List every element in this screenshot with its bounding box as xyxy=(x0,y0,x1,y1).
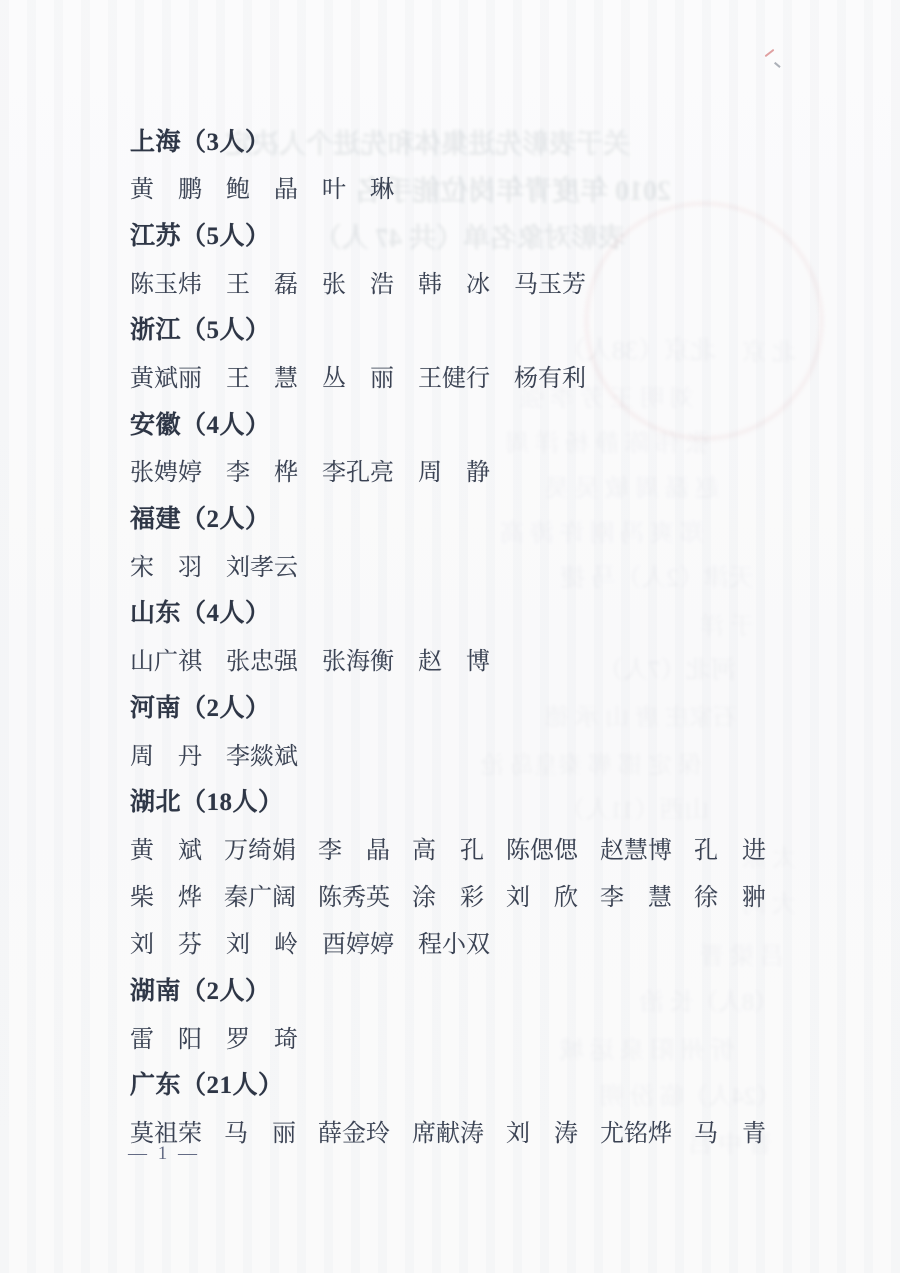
person-name: 席献涛 xyxy=(412,1113,484,1148)
person-name: 秦广阔 xyxy=(224,877,296,912)
person-name: 刘孝云 xyxy=(226,547,298,582)
names-row: 周丹李燚斌 xyxy=(130,729,790,776)
person-name: 马玉芳 xyxy=(514,264,586,299)
names-row: 陈玉炜王磊张浩韩冰马玉芳 xyxy=(130,258,790,305)
names-row: 雷阳罗琦 xyxy=(130,1013,790,1060)
person-name: 刘芬 xyxy=(130,924,202,959)
person-name: 黄斌丽 xyxy=(130,358,202,393)
names-row: 黄鹏鲍晶叶琳 xyxy=(130,163,790,210)
names-row: 莫祖荣马丽薛金玲席献涛刘涛尤铭烨马青 xyxy=(130,1107,790,1154)
person-name: 张娉婷 xyxy=(130,452,202,487)
province-header: 山东（4人） xyxy=(130,588,790,635)
person-name: 程小双 xyxy=(418,924,490,959)
person-name: 周丹 xyxy=(130,736,202,771)
person-name: 酉婷婷 xyxy=(322,924,394,959)
person-name: 周静 xyxy=(418,452,490,487)
person-name: 张忠强 xyxy=(226,641,298,676)
person-name: 刘欣 xyxy=(506,877,578,912)
person-name: 赵博 xyxy=(418,641,490,676)
names-row: 张娉婷李桦李孔亮周静 xyxy=(130,446,790,493)
province-header: 湖北（18人） xyxy=(130,777,790,824)
scanned-document-page: 关于表彰先进集体和先进个人决定2010 年度青年岗位能手名表彰对象名单（共 47… xyxy=(0,0,900,1273)
person-name: 赵慧博 xyxy=(600,830,672,865)
person-name: 柴烨 xyxy=(130,877,202,912)
province-header: 江苏（5人） xyxy=(130,210,790,257)
person-name: 丛丽 xyxy=(322,358,394,393)
page-number: — 1 — xyxy=(128,1143,200,1165)
person-name: 万绮娟 xyxy=(224,830,296,865)
person-name: 孔进 xyxy=(694,830,766,865)
person-name: 张浩 xyxy=(322,264,394,299)
person-name: 陈偲偲 xyxy=(506,830,578,865)
red-speck xyxy=(765,49,775,57)
person-name: 涂彩 xyxy=(412,877,484,912)
person-name: 李桦 xyxy=(226,452,298,487)
names-row: 山广祺张忠强张海衡赵博 xyxy=(130,635,790,682)
person-name: 刘岭 xyxy=(226,924,298,959)
person-name: 王健行 xyxy=(418,358,490,393)
person-name: 叶琳 xyxy=(322,169,394,204)
person-name: 黄鹏 xyxy=(130,169,202,204)
person-name: 张海衡 xyxy=(322,641,394,676)
person-name: 鲍晶 xyxy=(226,169,298,204)
person-name: 王慧 xyxy=(226,358,298,393)
person-name: 高孔 xyxy=(412,830,484,865)
names-row: 柴烨秦广阔陈秀英涂彩刘欣李慧徐翀 xyxy=(130,871,790,918)
names-row: 黄斌丽王慧丛丽王健行杨有利 xyxy=(130,352,790,399)
person-name: 徐翀 xyxy=(694,877,766,912)
person-name: 雷阳 xyxy=(130,1019,202,1054)
gray-speck xyxy=(774,62,780,68)
names-row: 宋羽刘孝云 xyxy=(130,541,790,588)
province-header: 福建（2人） xyxy=(130,494,790,541)
person-name: 李燚斌 xyxy=(226,736,298,771)
document-body: 上海（3人）黄鹏鲍晶叶琳江苏（5人）陈玉炜王磊张浩韩冰马玉芳浙江（5人）黄斌丽王… xyxy=(130,116,790,1154)
person-name: 陈秀英 xyxy=(318,877,390,912)
province-header: 河南（2人） xyxy=(130,682,790,729)
person-name: 陈玉炜 xyxy=(130,264,202,299)
names-row: 刘芬刘岭酉婷婷程小双 xyxy=(130,918,790,965)
names-row: 黄斌万绮娟李晶高孔陈偲偲赵慧博孔进 xyxy=(130,824,790,871)
province-header: 浙江（5人） xyxy=(130,305,790,352)
person-name: 马青 xyxy=(694,1113,766,1148)
person-name: 马丽 xyxy=(224,1113,296,1148)
province-header: 广东（21人） xyxy=(130,1060,790,1107)
person-name: 韩冰 xyxy=(418,264,490,299)
person-name: 宋羽 xyxy=(130,547,202,582)
province-header: 上海（3人） xyxy=(130,116,790,163)
person-name: 刘涛 xyxy=(506,1113,578,1148)
person-name: 尤铭烨 xyxy=(600,1113,672,1148)
person-name: 李晶 xyxy=(318,830,390,865)
person-name: 王磊 xyxy=(226,264,298,299)
province-header: 安徽（4人） xyxy=(130,399,790,446)
person-name: 黄斌 xyxy=(130,830,202,865)
province-header: 湖南（2人） xyxy=(130,965,790,1012)
person-name: 李慧 xyxy=(600,877,672,912)
person-name: 山广祺 xyxy=(130,641,202,676)
person-name: 李孔亮 xyxy=(322,452,394,487)
person-name: 罗琦 xyxy=(226,1019,298,1054)
person-name: 薛金玲 xyxy=(318,1113,390,1148)
person-name: 杨有利 xyxy=(514,358,586,393)
